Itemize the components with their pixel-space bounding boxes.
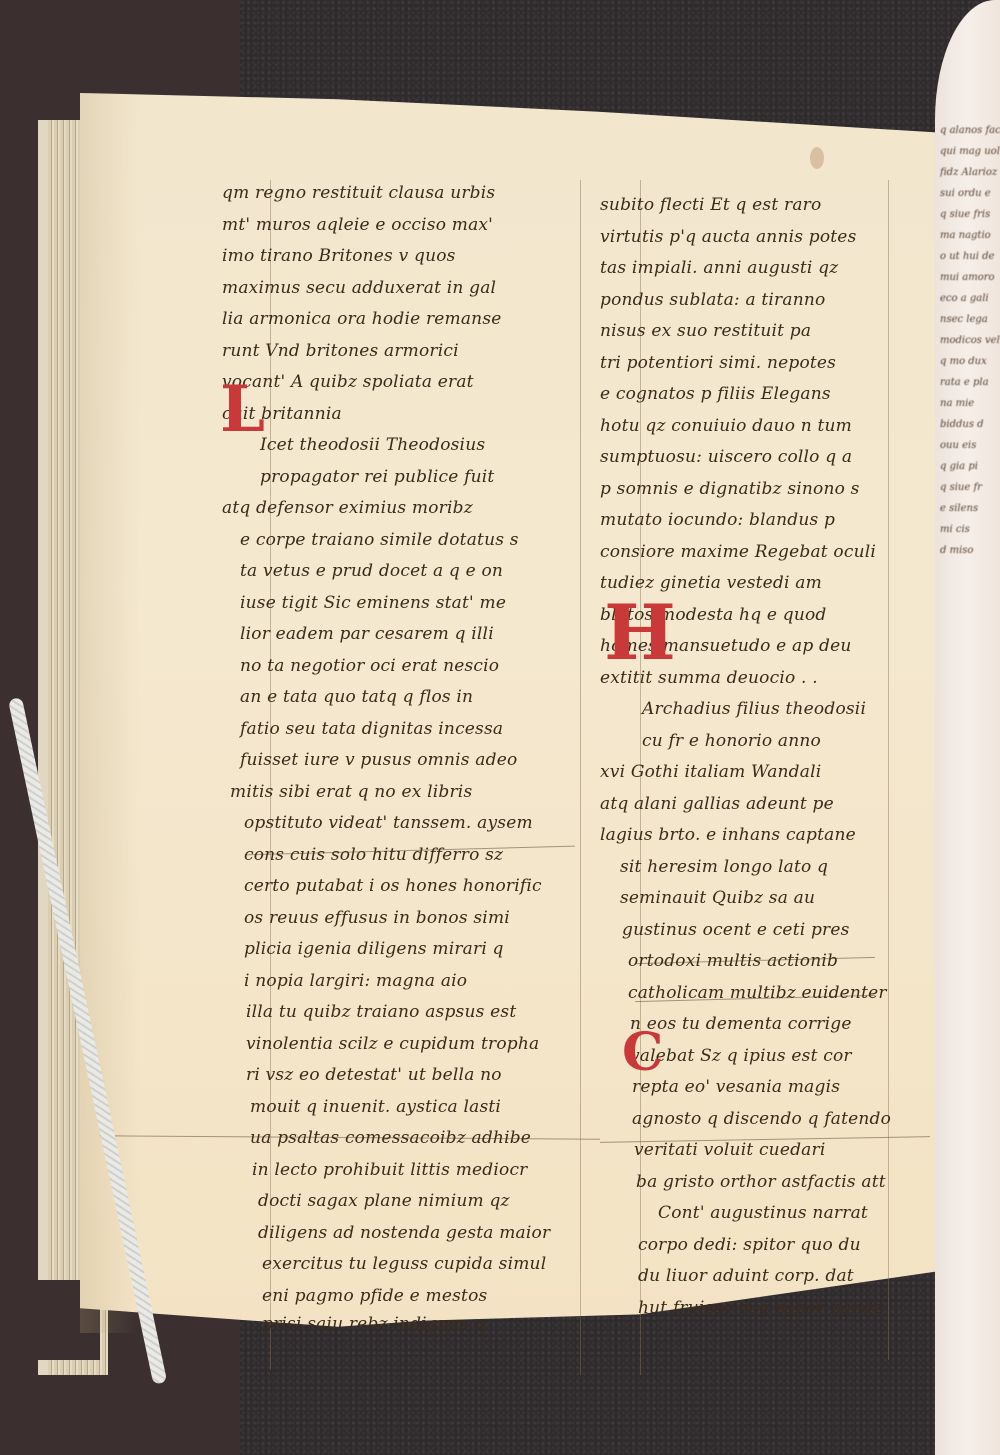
text-line: ta vetus e prud docet a q e on (222, 556, 580, 588)
text-line: runt Vnd britones armorici (222, 336, 562, 368)
text-line: agnosto q discendo q fatendo (600, 1104, 922, 1136)
text-line: maximus secu adduxerat in gal (222, 273, 562, 305)
text-line: mi cis (940, 519, 1000, 540)
text-line: mitis sibi erat q no ex libris (222, 777, 570, 809)
text-line: Cont' augustinus narrat (600, 1198, 948, 1230)
text-line: fatio seu tata dignitas incessa (222, 714, 580, 746)
rubric-initial-h: H (604, 595, 676, 671)
text-line: mui amoro (940, 267, 1000, 288)
text-line: corpo dedi: spitor quo du (600, 1230, 928, 1262)
text-line: q gia pi (940, 456, 1000, 477)
text-line: q siue fris (940, 204, 1000, 225)
text-line: catholicam multibz euidenter (600, 978, 918, 1010)
text-line: ua psaltas comessacoibz adhibe (222, 1123, 590, 1155)
parchment-stain (810, 147, 824, 169)
text-line: qm regno restituit clausa urbis (222, 178, 562, 210)
text-line: q siue fr (940, 477, 1000, 498)
text-line: p somnis e dignatibz sinono s (600, 474, 890, 506)
text-line: biddus d (940, 414, 1000, 435)
text-line: tri potentiori simi. nepotes (600, 348, 890, 380)
text-line: ortodoxi multis actionib (600, 946, 918, 978)
text-line: du liuor aduint corp. dat (600, 1261, 928, 1293)
text-line: in lecto prohibuit littis mediocr (222, 1155, 592, 1187)
text-line: mutato iocundo: blandus p (600, 505, 890, 537)
text-line: diligens ad nostenda gesta maior (222, 1218, 598, 1250)
text-line: cu fr e honorio anno (600, 726, 932, 758)
rubric-initial-c: C (622, 1027, 663, 1079)
text-line: vinolentia scilz e cupidum tropha (222, 1029, 586, 1061)
text-line: sui ordu e (940, 183, 1000, 204)
text-line: exercitus tu leguss cupida simul (222, 1249, 602, 1281)
text-line: hut fruisso cua espor pande (600, 1293, 928, 1325)
text-line: ma nagtio (940, 225, 1000, 246)
text-line: eni pagmo pfide e mestos (222, 1281, 602, 1313)
text-line: rata e pla (940, 372, 1000, 393)
text-line: ouu eis (940, 435, 1000, 456)
text-line: docti sagax plane nimium qz (222, 1186, 598, 1218)
text-line: consiore maxime Regebat oculi (600, 537, 890, 569)
text-line: sumptuosu: uiscero collo q a (600, 442, 890, 474)
text-line: i nopia largiri: magna aio (222, 966, 584, 998)
text-line: illa tu quibz traiano aspsus est (222, 997, 586, 1029)
text-line: an e tata quo tatq q flos in (222, 682, 580, 714)
text-line: hotu qz conuiuio dauo n tum (600, 411, 890, 443)
text-line: ri vsz eo detestat' ut bella no (222, 1060, 586, 1092)
text-line: vocant' A quibz spoliata erat (222, 367, 562, 399)
text-line: q mo dux (940, 351, 1000, 372)
text-line: gustinus ocent e ceti pres (600, 915, 912, 947)
text-line: lia armonica ora hodie remanse (222, 304, 562, 336)
text-line: subito flecti Et q est raro (600, 190, 890, 222)
text-line: os reuus effusus in bonos simi (222, 903, 584, 935)
rubric-initial-l: L (220, 378, 265, 442)
text-line: q alanos faci (940, 120, 1000, 141)
text-line: imo tirano Britones v quos (222, 241, 562, 273)
text-line: lagius brto. e inhans captane (600, 820, 890, 852)
text-line: veritati voluit cuedari (600, 1135, 924, 1167)
text-line: virtutis p'q aucta annis potes (600, 222, 890, 254)
text-line: no ta negotior oci erat nescio (222, 651, 580, 683)
text-line: lior eadem par cesarem q illi (222, 619, 580, 651)
text-line: seminauit Quibz sa au (600, 883, 910, 915)
text-line: certo putabat i os hones honorific (222, 871, 584, 903)
text-line: nisus ex suo restituit pa (600, 316, 890, 348)
right-text-column: subito flecti Et q est raro virtutis p'q… (600, 190, 948, 1324)
text-line: xvi Gothi italiam Wandali (600, 757, 890, 789)
text-line: e corpe traiano simile dotatus s (222, 525, 580, 557)
text-line: prisi saiu rebz indignus q (222, 1312, 602, 1340)
text-line: modicos vel (940, 330, 1000, 351)
text-line: o ut hui de (940, 246, 1000, 267)
text-line: nsec lega (940, 309, 1000, 330)
text-line: qui mag uol (940, 141, 1000, 162)
text-line: opstituto videat' tanssem. aysem (222, 808, 584, 840)
text-line: fidz Alarioz (940, 162, 1000, 183)
text-line: e cognatos p filiis Elegans (600, 379, 890, 411)
text-line: atq alani gallias adeunt pe (600, 789, 890, 821)
text-line: pondus sublata: a tiranno (600, 285, 890, 317)
text-line: Icet theodosii Theodosius (222, 430, 600, 462)
text-line: fuisset iure v pusus omnis adeo (222, 745, 580, 777)
left-text-column: qm regno restituit clausa urbis mt' muro… (222, 178, 602, 1340)
text-line: ba gristo orthor astfactis att (600, 1167, 926, 1199)
text-line: na mie (940, 393, 1000, 414)
text-line: mt' muros aqleie e occiso max' (222, 210, 562, 242)
text-line: mouit q inuenit. aystica lasti (222, 1092, 590, 1124)
text-line: d miso (940, 540, 1000, 561)
text-line: sit heresim longo lato q (600, 852, 910, 884)
text-line: atq defensor eximius moribz (222, 493, 562, 525)
text-line: tas impiali. anni augusti qz (600, 253, 890, 285)
text-line: cuit britannia (222, 399, 562, 431)
text-line: plicia igenia diligens mirari q (222, 934, 584, 966)
text-line: cons cuis solo hitu differro sz (222, 840, 584, 872)
text-line: iuse tigit Sic eminens stat' me (222, 588, 580, 620)
text-line: Archadius filius theodosii (600, 694, 932, 726)
text-line: e silens (940, 498, 1000, 519)
text-line: propagator rei publice fuit (222, 462, 600, 494)
text-line: eco a gali (940, 288, 1000, 309)
facing-page-text: q alanos faci qui mag uol fidz Alarioz s… (940, 120, 1000, 561)
